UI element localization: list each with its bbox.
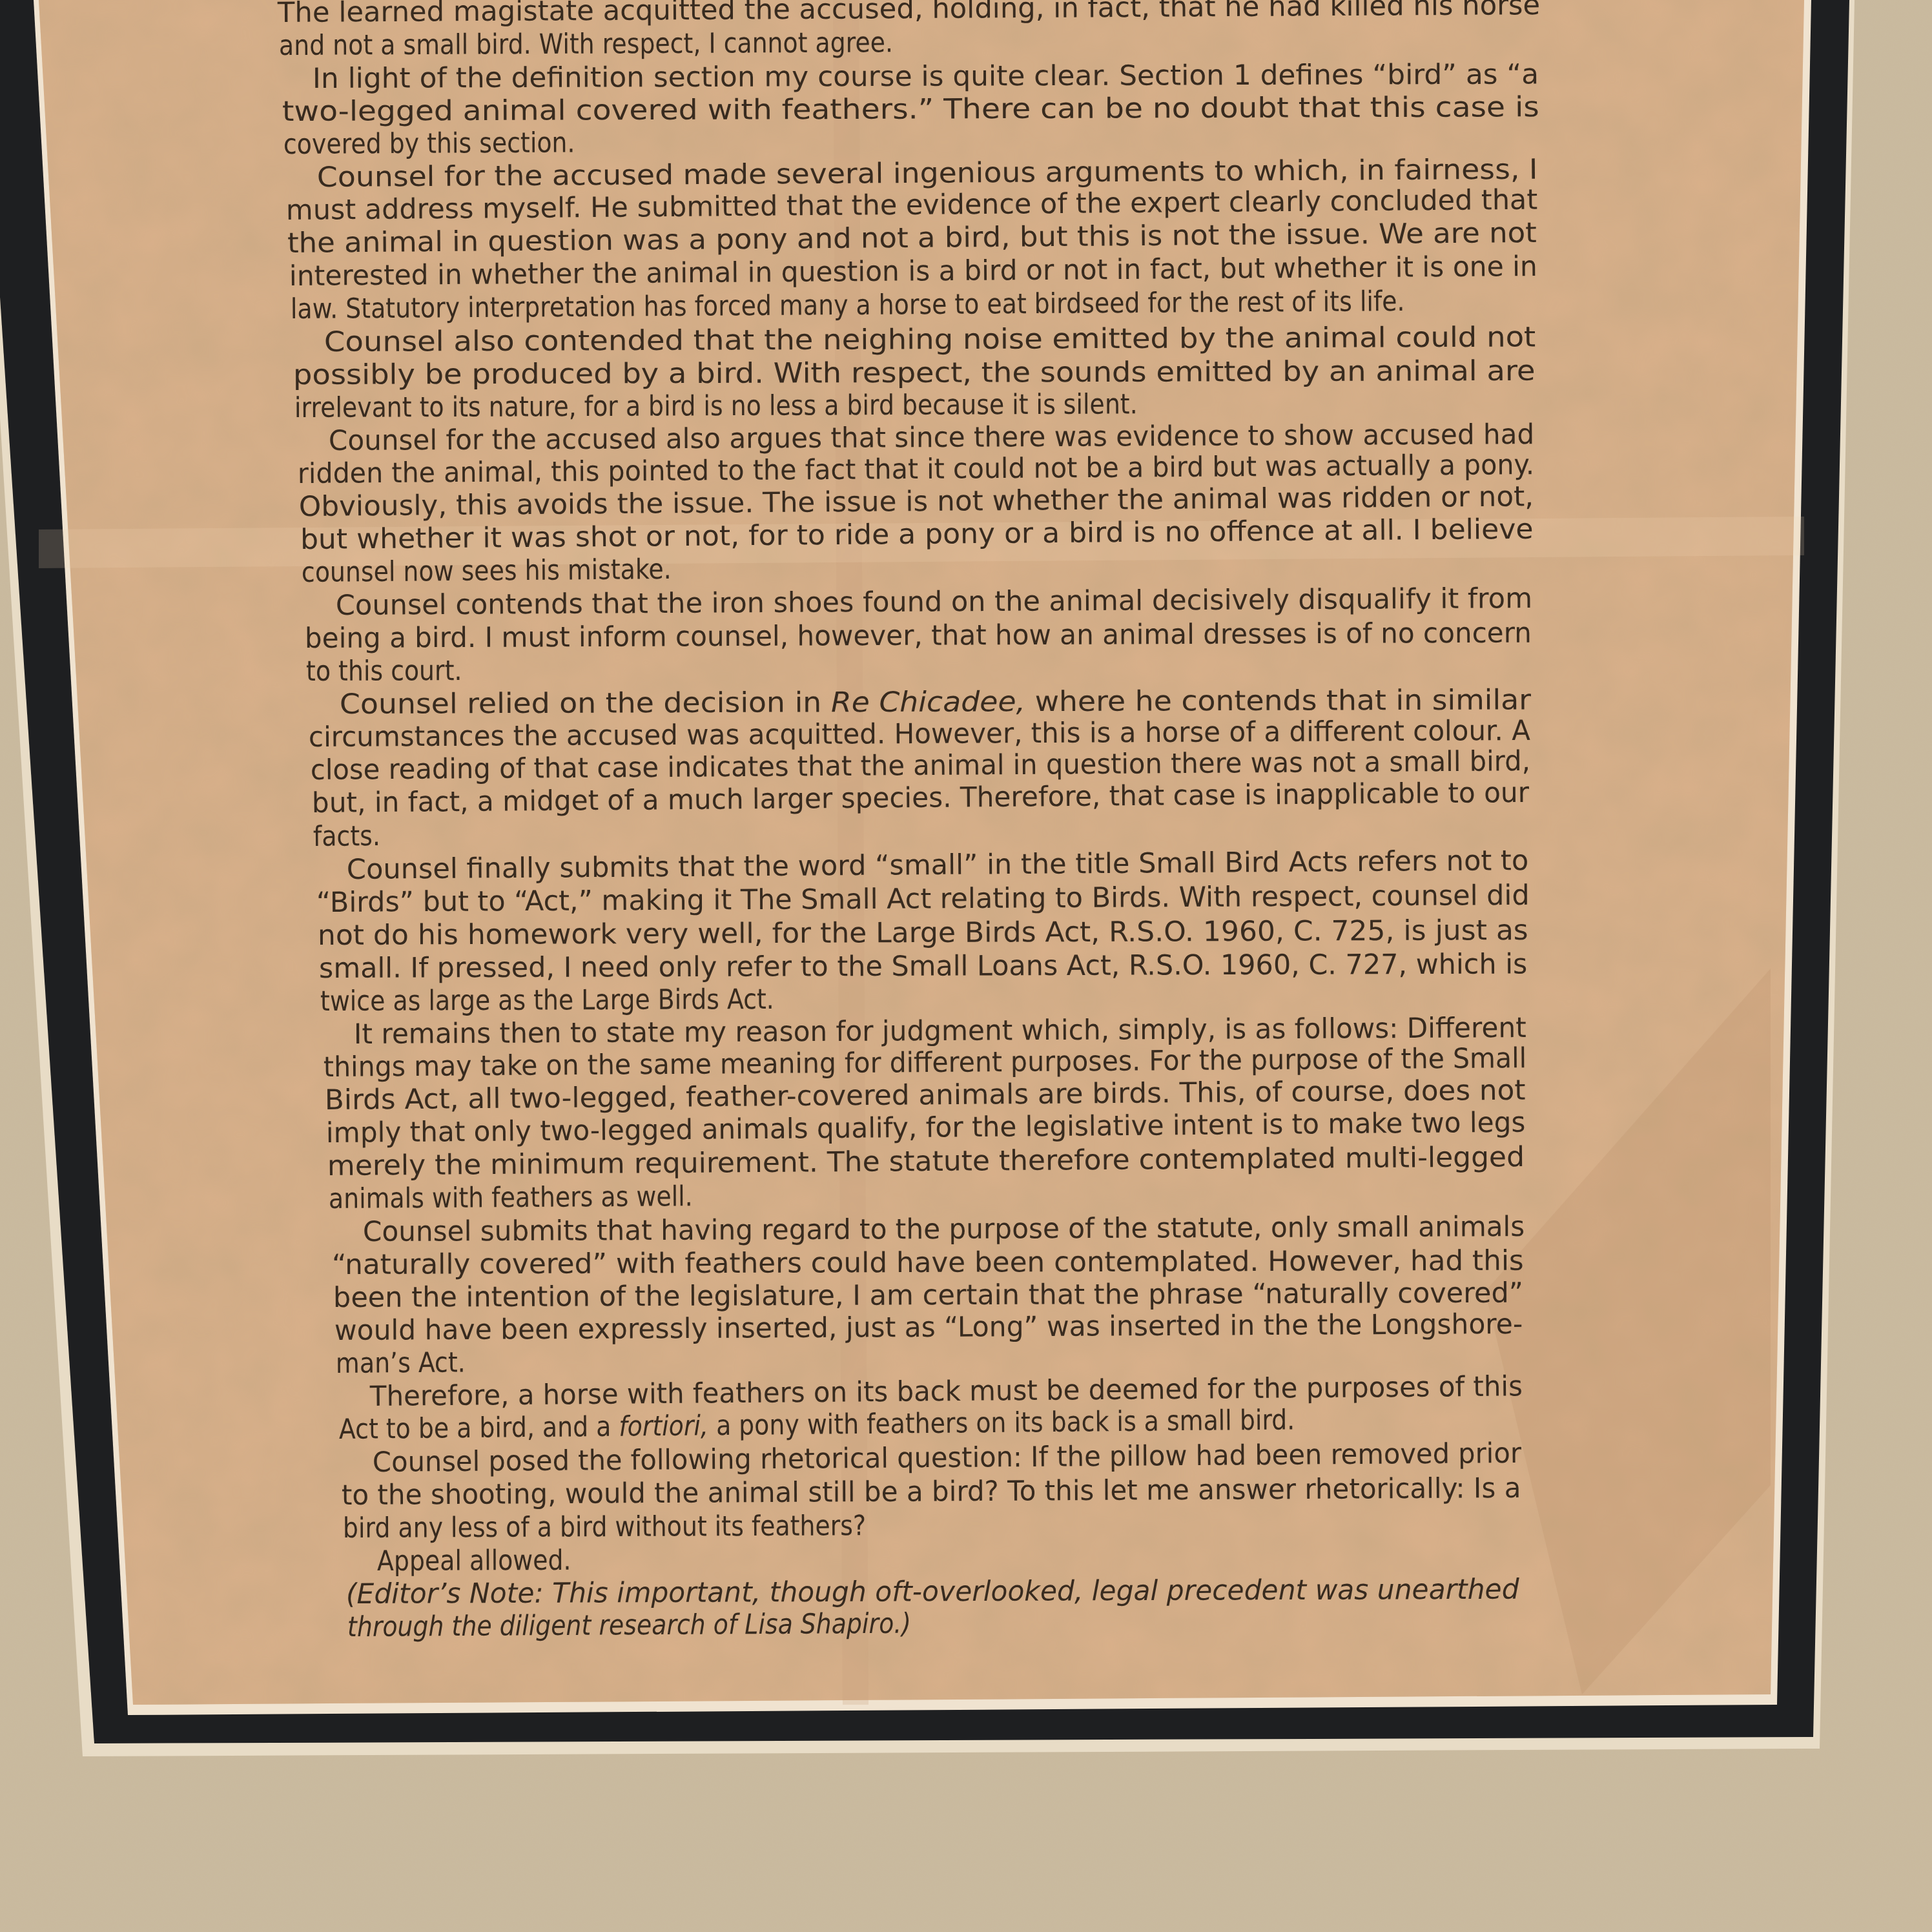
body-text-line: Appeal allowed. (376, 1544, 571, 1578)
editors-note-line: (Editor’s Note: This important, though o… (346, 1573, 1519, 1611)
body-text-line: to this court. (306, 654, 462, 688)
body-text-line: possibly be produced by a bird. With res… (293, 355, 1536, 392)
body-text-line: small. If pressed, I need only refer to … (319, 947, 1528, 985)
body-text-line: to the shooting, would the animal still … (342, 1472, 1521, 1512)
body-text-line: facts. (313, 819, 380, 853)
body-text-line: “naturally covered” with feathers could … (332, 1244, 1524, 1281)
body-text-line: would have been expressly inserted, just… (334, 1308, 1523, 1348)
body-text-line: Counsel also contended that the neighing… (324, 321, 1536, 360)
body-text-line: animals with feathers as well. (329, 1180, 693, 1216)
body-text-line: covered by this section. (283, 126, 575, 161)
body-text-line: The learned magistate acquitted the accu… (278, 0, 1540, 30)
body-text-line: twice as large as the Large Birds Act. (320, 983, 774, 1018)
case-name-italic: Re Chicadee, (831, 686, 1025, 719)
framed-clipping: The learned magistate acquitted the accu… (0, 0, 1932, 1932)
body-text-line: bird any less of a bird without its feat… (343, 1509, 866, 1545)
body-text-line: Counsel submits that having regard to th… (362, 1210, 1524, 1249)
body-text-line: “Birds” but to “Act,” making it The Smal… (316, 878, 1529, 919)
body-text-line: not do his homework very well, for the L… (318, 914, 1528, 952)
body-text-line: and not a small bird. With respect, I ca… (279, 26, 893, 63)
editors-note-line: through the diligent research of Lisa Sh… (347, 1607, 911, 1644)
body-text-line: man’s Act. (336, 1346, 466, 1381)
body-text-line: counsel now sees his mistake. (302, 553, 672, 590)
case-name-italic: fortiori, (619, 1410, 708, 1443)
body-text-line: being a bird. I must inform counsel, how… (305, 617, 1532, 655)
body-text-line: law. Statutory interpretation has forced… (291, 285, 1405, 326)
clipping-text: The learned magistate acquitted the accu… (0, 0, 1932, 1932)
body-text-line: In light of the definition section my co… (313, 58, 1539, 96)
body-text-line: irrelevant to its nature, for a bird is … (294, 388, 1138, 426)
body-text-line: two-legged animal covered with feathers.… (282, 90, 1539, 128)
